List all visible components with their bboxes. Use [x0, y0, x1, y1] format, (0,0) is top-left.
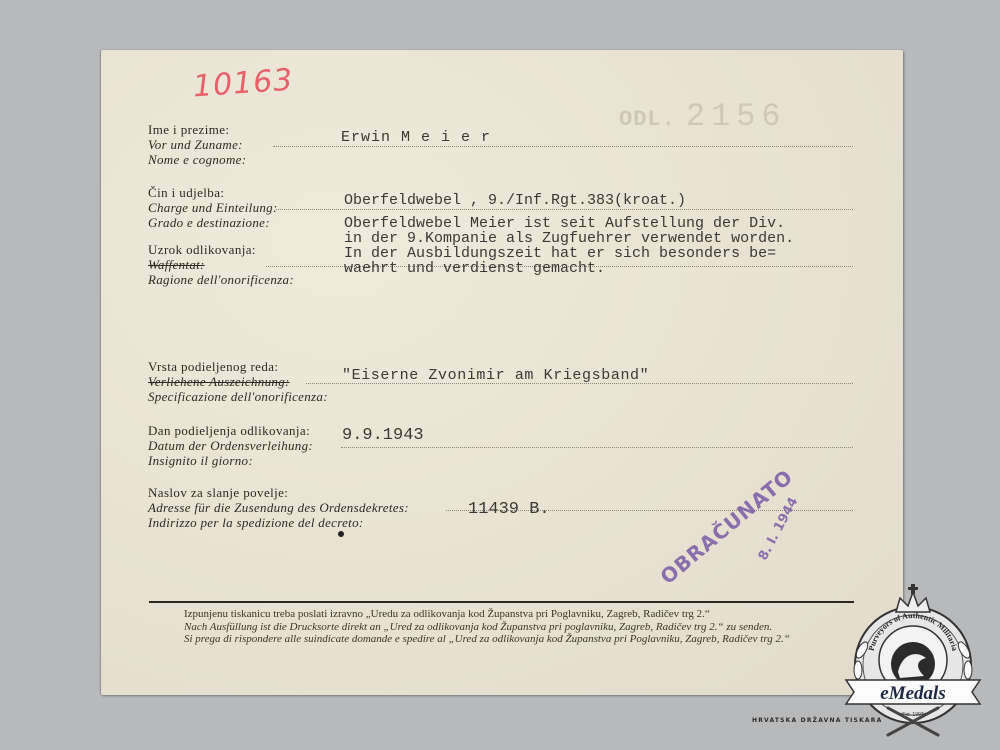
faint-registry-stamp: ODL.2156: [619, 98, 787, 135]
footer-line-hr: Izpunjenu tiskanicu treba poslati izravn…: [184, 608, 904, 621]
value-name: Erwin M e i e r: [341, 130, 491, 145]
emedals-watermark-badge: Purveyors of Authentic Militaria eMedals…: [838, 580, 988, 740]
label-it: Specificazione dell'onorificenza:: [148, 389, 328, 404]
label-hr: Čin i udjelba:: [148, 185, 278, 200]
dotted-line: [341, 447, 853, 448]
field-label-name: Ime i prezime: Vor und Zuname: Nome e co…: [148, 122, 246, 167]
label-de: Datum der Ordensverleihung:: [148, 438, 313, 453]
reason-line: In der Ausbildungszeit hat er sich beson…: [344, 246, 794, 261]
footer-rule: [149, 601, 854, 603]
footer-line-de: Nach Ausfüllung ist die Drucksorte direk…: [184, 621, 904, 634]
value-reason: Oberfeldwebel Meier ist seit Aufstellung…: [344, 216, 794, 276]
reason-line: Oberfeldwebel Meier ist seit Aufstellung…: [344, 216, 794, 231]
badge-emblem-icon: Purveyors of Authentic Militaria eMedals…: [838, 580, 988, 740]
footer-instructions: Izpunjenu tiskanicu treba poslati izravn…: [184, 608, 904, 646]
svg-text:eMedals: eMedals: [880, 683, 945, 704]
label-it: Insignito il giorno:: [148, 453, 313, 468]
value-award: "Eiserne Zvonimir am Kriegsband": [342, 368, 649, 383]
label-it: Indirizzo per la spedizione del decreto:: [148, 515, 409, 530]
label-de-struck: Waffentat:: [148, 257, 294, 272]
handwritten-file-number: 10163: [192, 63, 295, 105]
label-it: Grado e destinazione:: [148, 215, 278, 230]
field-label-address: Naslov za slanje povelje: Adresse für di…: [148, 485, 409, 530]
label-hr: Vrsta podieljenog reda:: [148, 359, 328, 374]
label-it: Nome e cognome:: [148, 152, 246, 167]
registry-number: 2156: [686, 98, 787, 135]
field-label-date: Dan podieljenja odlikovanja: Datum der O…: [148, 423, 313, 468]
field-label-rank: Čin i udjelba: Charge und Einteilung: Gr…: [148, 185, 278, 230]
value-address: 11439 B.: [468, 502, 550, 517]
label-hr: Ime i prezime:: [148, 122, 246, 137]
label-de: Charge und Einteilung:: [148, 200, 278, 215]
label-de-struck: Verliehene Auszeichnung:: [148, 374, 328, 389]
reason-line: in der 9.Kompanie als Zugfuehrer verwend…: [344, 231, 794, 246]
label-it: Ragione dell'onorificenza:: [148, 272, 294, 287]
reason-line: waehrt und verdienst gemacht.: [344, 261, 794, 276]
dotted-line: [273, 146, 853, 147]
label-hr: Naslov za slanje povelje:: [148, 485, 409, 500]
label-de: Vor und Zuname:: [148, 137, 246, 152]
ink-dot: [338, 531, 344, 537]
footer-line-it: Si prega di rispondere alle suindicate d…: [184, 633, 904, 646]
value-rank-unit: Oberfeldwebel , 9./Inf.Rgt.383(kroat.): [344, 193, 686, 208]
field-label-reason: Uzrok odlikovanja: Waffentat: Ragione de…: [148, 242, 294, 287]
field-label-award: Vrsta podieljenog reda: Verliehene Ausze…: [148, 359, 328, 404]
value-date: 9.9.1943: [342, 428, 424, 443]
label-hr: Dan podieljenja odlikovanja:: [148, 423, 313, 438]
label-de: Adresse für die Zusendung des Ordensdekr…: [148, 500, 409, 515]
award-proposal-form: 10163 ODL.2156 Ime i prezime: Vor und Zu…: [101, 50, 903, 695]
label-hr: Uzrok odlikovanja:: [148, 242, 294, 257]
registry-prefix: ODL.: [619, 107, 676, 132]
dotted-line: [276, 209, 853, 210]
